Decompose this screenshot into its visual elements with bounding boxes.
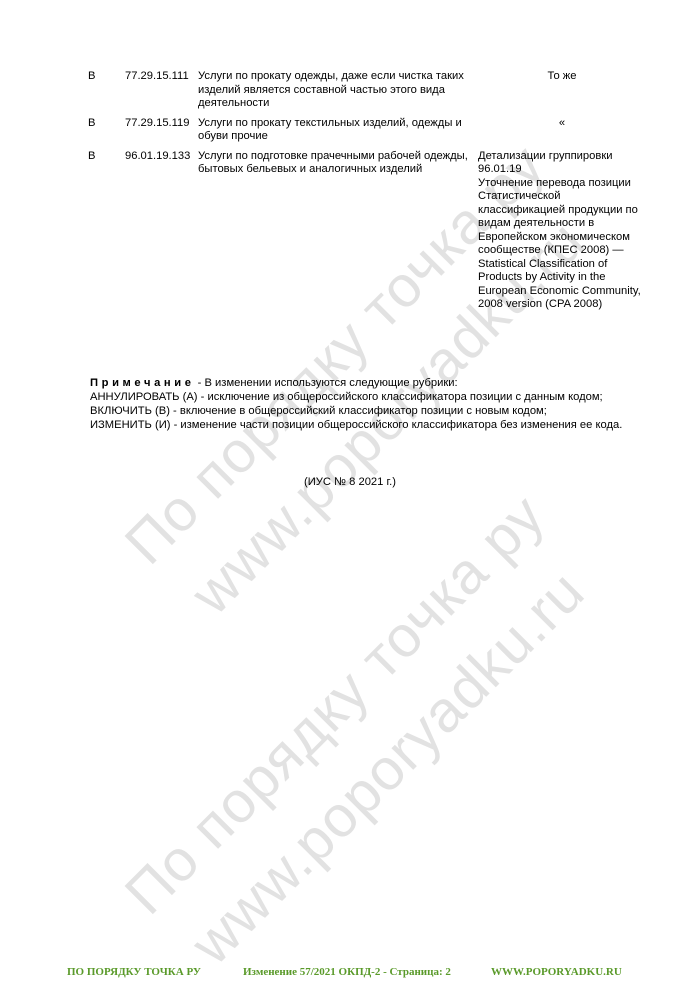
position-code: 77.29.15.119 (125, 117, 198, 144)
page-footer: ПО ПОРЯДКУ ТОЧКА РУ Изменение 57/2021 ОК… (0, 966, 700, 982)
table-row: В 96.01.19.133 Услуги по подготовке прач… (88, 150, 648, 312)
note-intro: - В изменении используются следующие руб… (195, 377, 458, 389)
note-annul: АННУЛИРОВАТЬ (А) - исключение из общерос… (90, 390, 650, 404)
position-note: То же (478, 70, 646, 111)
action-code: В (88, 117, 125, 144)
position-name: Услуги по прокату одежды, даже если чист… (198, 70, 468, 111)
table-row: В 77.29.15.111 Услуги по прокату одежды,… (88, 70, 648, 111)
note-block: Примечание - В изменении используются сл… (90, 376, 650, 432)
note-detail: Детализации группировки 96.01.19 (478, 150, 646, 177)
position-name: Услуги по подготовке прачечными рабочей … (198, 150, 468, 312)
action-code: В (88, 70, 125, 111)
position-note: Детализации группировки 96.01.19 Уточнен… (478, 150, 646, 312)
action-code: В (88, 150, 125, 312)
watermark-url: www.poporyadku.ru (178, 558, 598, 978)
position-code: 96.01.19.133 (125, 150, 198, 312)
ius-reference: (ИУС № 8 2021 г.) (0, 476, 700, 488)
footer-page-info: Изменение 57/2021 ОКПД-2 - Страница: 2 (243, 966, 451, 978)
footer-site-name: ПО ПОРЯДКУ ТОЧКА РУ (67, 966, 201, 978)
watermark-text: По порядку точка ру (112, 482, 558, 928)
note-label: Примечание (90, 377, 195, 389)
note-include: ВКЛЮЧИТЬ (В) - включение в общероссийски… (90, 404, 650, 418)
position-name: Услуги по прокату текстильных изделий, о… (198, 117, 468, 144)
document-page: По порядку точка ру www.poporyadku.ru По… (0, 0, 700, 990)
classifier-table: В 77.29.15.111 Услуги по прокату одежды,… (88, 70, 648, 318)
position-code: 77.29.15.111 (125, 70, 198, 111)
position-note: « (478, 117, 646, 144)
note-change: ИЗМЕНИТЬ (И) - изменение части позиции о… (90, 418, 650, 432)
note-clarification: Уточнение перевода позиции Статистическо… (478, 177, 646, 312)
footer-site-url[interactable]: WWW.POPORYADKU.RU (491, 966, 622, 978)
table-row: В 77.29.15.119 Услуги по прокату текстил… (88, 117, 648, 144)
